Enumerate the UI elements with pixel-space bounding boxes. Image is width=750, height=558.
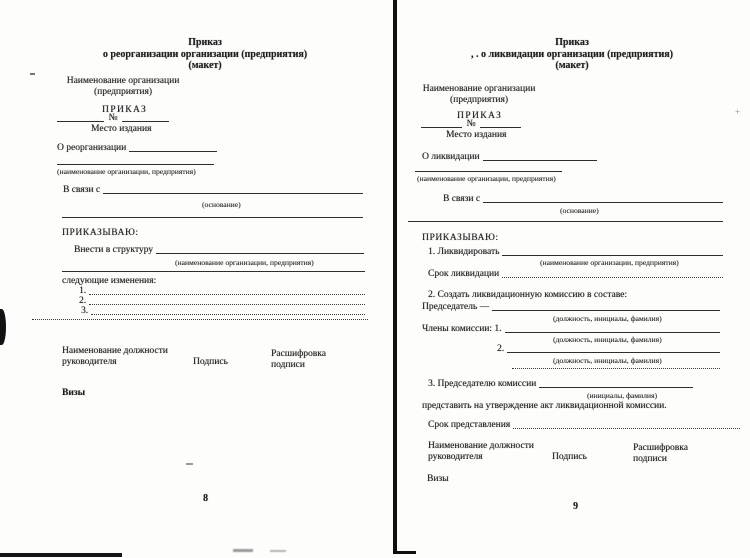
chairman-duty-continuation: представить на утверждение акт ликвидаци…	[422, 401, 667, 412]
signature-block: Наименование должности руководителя Подп…	[428, 441, 720, 463]
liquidate-row: 1. Ликвидировать	[428, 247, 723, 258]
visas-label: Визы	[62, 388, 85, 399]
basis-fill-line	[408, 221, 723, 222]
order-title-line1: Приказ	[417, 37, 727, 49]
member2-position-caption: (должность, инициалы, фамилия)	[553, 356, 662, 365]
page-liquidation-order: Приказ , . о ликвидации организации (пре…	[397, 0, 750, 558]
org-name-block: Наименование организации (предприятия)	[64, 76, 182, 98]
signer-position-line2: руководителя	[62, 357, 193, 368]
insert-structure-row: Внести в структуру	[74, 245, 364, 256]
change-fill-line-3	[91, 314, 365, 315]
signature-label: Подпись	[193, 357, 271, 368]
members-row-2: 2.	[497, 344, 720, 355]
member1-fill-line	[505, 332, 720, 333]
org-name-line1: Наименование организации	[64, 76, 182, 87]
subject-row: О ликвидации	[422, 152, 597, 163]
order-title-line3: (макет)	[40, 60, 370, 72]
members-label: Члены комиссии: 1.	[422, 324, 502, 335]
page-number-8: 8	[203, 493, 208, 504]
org-caption: (наименование организации, предприятия)	[57, 167, 196, 176]
submission-term-row: Срок представления	[428, 420, 740, 431]
basis-fill-line	[62, 217, 363, 218]
org-name-block: Наименование организации (предприятия)	[420, 84, 538, 106]
number-sign: №	[108, 113, 117, 124]
scan-speck	[30, 73, 35, 75]
chairman-position-caption: (должность, инициалы, фамилия)	[553, 314, 662, 323]
order-title: Приказ , . о ликвидации организации (пре…	[417, 37, 727, 72]
place-of-issue-label: Место издания	[91, 124, 151, 135]
liquidate-fill-line	[502, 255, 723, 256]
scan-smudge	[270, 550, 286, 552]
signature-transcript-label: Расшифровка подписи	[271, 349, 352, 371]
insert-label: Внести в структуру	[74, 245, 153, 256]
submission-term-fill-line	[513, 428, 740, 429]
basis-caption: (основание)	[560, 206, 599, 215]
connection-row: В связи с	[63, 185, 363, 196]
members-extra-fill-line	[512, 368, 720, 369]
book-spine-corner	[393, 551, 416, 554]
signature-block: Наименование должности руководителя Подп…	[62, 346, 352, 368]
member1-position-caption: (должность, инициалы, фамилия)	[553, 335, 662, 344]
date-fill-line	[57, 121, 104, 122]
chairman-row: Председатель —	[422, 302, 720, 313]
order-title-line2: , . о ликвидации организации (предприяти…	[417, 49, 727, 61]
signer-position-line1: Наименование должности	[62, 346, 193, 357]
connection-row: В связи с	[443, 194, 723, 205]
number-sign: №	[466, 119, 475, 130]
org-name-fill-line	[415, 171, 562, 172]
basis-caption: (основание)	[202, 200, 241, 209]
scan-speck	[186, 463, 193, 465]
initials-caption: (инициалы, фамилия)	[587, 391, 657, 400]
number-fill-line	[122, 121, 169, 122]
org-caption: (наименование организации, предприятия)	[417, 174, 556, 183]
signer-position-line2: руководителя	[428, 452, 552, 463]
create-commission-label: 2. Создать ликвидационную комиссию в сос…	[428, 290, 627, 301]
org-name-line1: Наименование организации	[420, 84, 538, 95]
change-fill-line-4	[32, 319, 368, 320]
liquidation-term-label: Срок ликвидации	[428, 269, 499, 280]
signature-transcript-label: Расшифровка подписи	[633, 443, 720, 465]
change-fill-line-2	[89, 304, 365, 305]
order-title-line2: о реорганизации организации (предприятия…	[40, 49, 370, 61]
order-number-row: №	[421, 119, 521, 130]
insert-fill-line-2	[62, 271, 365, 272]
scan-smudge	[233, 549, 253, 552]
book-scan: Приказ о реорганизации организации (пред…	[0, 0, 750, 558]
org-name-fill-line	[57, 164, 214, 165]
change-fill-line-1	[89, 294, 365, 295]
chairman-label: Председатель —	[422, 302, 489, 313]
page-reorganization-order: Приказ о реорганизации организации (пред…	[0, 0, 393, 558]
scan-edge-bar	[0, 553, 122, 557]
org-name-line2: (предприятия)	[64, 87, 182, 98]
order-title-line1: Приказ	[40, 37, 370, 49]
liquidation-term-row: Срок ликвидации	[428, 269, 723, 280]
connection-fill-line	[483, 202, 723, 203]
insert-org-caption: (наименование организации, предприятия)	[175, 258, 314, 267]
signer-position: Наименование должности руководителя	[62, 346, 193, 368]
insert-fill-line	[156, 253, 364, 254]
subject-label: О ликвидации	[422, 152, 480, 163]
chairman-name-fill-line	[539, 387, 693, 388]
signer-position: Наименование должности руководителя	[428, 441, 552, 463]
book-spine-line	[393, 0, 397, 553]
liquidate-label: 1. Ликвидировать	[428, 247, 499, 258]
page-number-9: 9	[573, 501, 578, 512]
order-title-line3: (макет)	[417, 60, 727, 72]
members-row-1: Члены комиссии: 1.	[422, 324, 720, 335]
date-fill-line	[421, 127, 462, 128]
org-name-line2: (предприятия)	[420, 95, 538, 106]
connection-label: В связи с	[443, 194, 480, 205]
signature-label: Подпись	[552, 452, 633, 463]
order-title: Приказ о реорганизации организации (пред…	[40, 37, 370, 72]
submission-term-label: Срок представления	[428, 420, 510, 431]
chairman-duty-row: 3. Председателю комиссии	[428, 379, 693, 390]
subject-fill-line	[129, 151, 217, 152]
scan-plus-mark: +	[735, 109, 742, 116]
ordering-word: ПРИКАЗЫВАЮ:	[62, 228, 139, 239]
list-number-3: 3.	[81, 306, 88, 317]
ordering-word: ПРИКАЗЫВАЮ:	[422, 233, 499, 244]
place-of-issue-label: Место издания	[446, 130, 506, 141]
liquidation-term-fill-line	[502, 277, 723, 278]
chairman-duty-label: 3. Председателю комиссии	[428, 379, 536, 390]
order-number-row: №	[57, 113, 169, 124]
signer-position-line1: Наименование должности	[428, 441, 552, 452]
number-fill-line	[480, 127, 521, 128]
connection-label: В связи с	[63, 185, 100, 196]
connection-fill-line	[103, 193, 363, 194]
subject-label: О реорганизации	[57, 143, 126, 154]
liquidate-org-caption: (наименование организации, предприятия)	[540, 258, 679, 267]
change-item-row-3: 3.	[81, 306, 365, 317]
member2-number: 2.	[497, 344, 504, 355]
chairman-fill-line	[492, 310, 720, 311]
subject-row: О реорганизации	[57, 143, 217, 154]
subject-fill-line	[483, 160, 597, 161]
visas-label: Визы	[427, 474, 449, 485]
member2-fill-line	[507, 352, 720, 353]
